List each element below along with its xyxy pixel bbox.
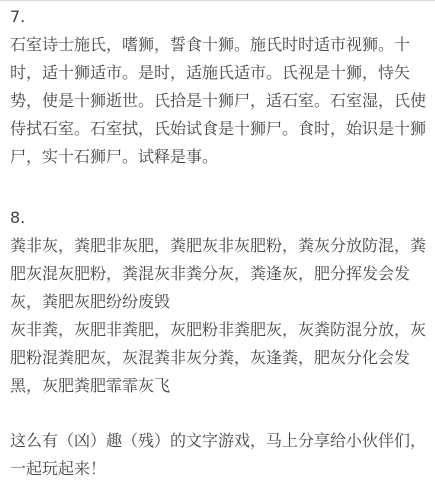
share-prompt: 这么有（凶）趣（残）的文字游戏，马上分享给小伙伴们， 一起玩起来！ [10, 427, 426, 483]
article-body: 7. 石室诗士施氏，嗜狮，誓食十狮。施氏时时适市视狮。十 时，适十狮适市。是时，… [0, 1, 435, 483]
tongue-twister-paragraph: 石室诗士施氏，嗜狮，誓食十狮。施氏时时适市视狮。十 时，适十狮适市。是时，适施氏… [10, 31, 426, 171]
section-7: 7. 石室诗士施氏，嗜狮，誓食十狮。施氏时时适市视狮。十 时，适十狮适市。是时，… [10, 3, 426, 171]
section-number: 8. [10, 204, 426, 232]
tongue-twister-paragraph: 粪非灰，粪肥非灰肥，粪肥灰非灰肥粉，粪灰分放防混，粪 肥灰混灰肥粉，粪混灰非粪分… [10, 232, 426, 316]
tongue-twister-paragraph: 灰非粪，灰肥非粪肥，灰肥粉非粪肥灰，灰粪防混分放，灰 肥粉混粪肥灰，灰混粪非灰分… [10, 316, 426, 400]
section-number: 7. [10, 3, 426, 31]
section-8: 8. 粪非灰，粪肥非灰肥，粪肥灰非灰肥粉，粪灰分放防混，粪 肥灰混灰肥粉，粪混灰… [10, 204, 426, 400]
